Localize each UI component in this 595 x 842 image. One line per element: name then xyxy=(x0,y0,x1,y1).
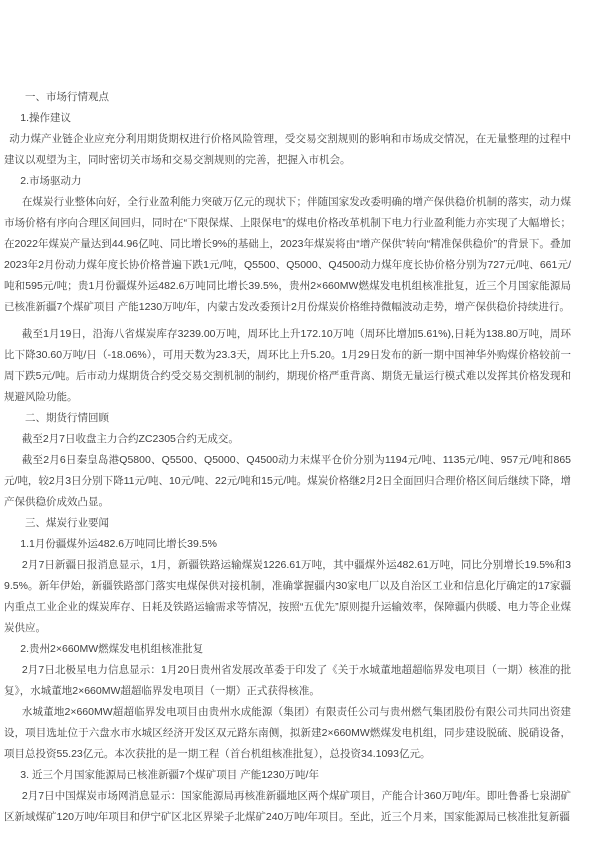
section-heading-market-view: 一、市场行情观点 xyxy=(4,87,571,108)
paragraph-news-3: 2月7日中国煤炭市场网消息显示：国家能源局再核准新疆地区两个煤矿项目，产能合计3… xyxy=(4,786,571,828)
sub-heading-news-1: 1.1月份疆煤外运482.6万吨同比增长39.5% xyxy=(4,534,571,555)
paragraph-news-2b: 水城董地2×660MW超超临界发电项目由贵州水成能源（集团）有限责任公司与贵州燃… xyxy=(4,702,571,765)
sub-heading-news-2: 2.贵州2×660MW燃煤发电机组核准批复 xyxy=(4,639,571,660)
sub-heading-market-driver: 2.市场驱动力 xyxy=(4,171,571,192)
paragraph-news-2a: 2月7日北极星电力信息显示：1月20日贵州省发展改革委于印发了《关于水城董地超超… xyxy=(4,660,571,702)
sub-heading-operation-advice: 1.操作建议 xyxy=(4,108,571,129)
paragraph-market-driver-1: 在煤炭行业整体向好，全行业盈利能力突破万亿元的现状下；伴随国家发改委明确的增产保… xyxy=(4,192,571,318)
paragraph-operation-advice: 动力煤产业链企业应充分利用期货期权进行价格风险管理，受交易交割规则的影响和市场成… xyxy=(4,129,571,171)
section-heading-industry-news: 三、煤炭行业要闻 xyxy=(4,513,571,534)
paragraph-market-driver-2: 截至1月19日，沿海八省煤炭库存3239.00万吨，周环比上升172.10万吨（… xyxy=(4,324,571,408)
document-body: 一、市场行情观点 1.操作建议 动力煤产业链企业应充分利用期货期权进行价格风险管… xyxy=(4,87,571,828)
section-heading-futures-review: 二、期货行情回顾 xyxy=(4,408,571,429)
sub-heading-news-3: 3. 近三个月国家能源局已核准新疆7个煤矿项目 产能1230万吨/年 xyxy=(4,765,571,786)
paragraph-futures-review-1: 截至2月7日收盘主力合约ZC2305合约无成交。 xyxy=(4,429,571,450)
paragraph-futures-review-2: 截至2月6日秦皇岛港Q5800、Q5500、Q5000、Q4500动力末煤平仓价… xyxy=(4,450,571,513)
paragraph-news-1: 2月7日新疆日报消息显示，1月，新疆铁路运输煤炭1226.61万吨，其中疆煤外运… xyxy=(4,555,571,639)
document-page: 一、市场行情观点 1.操作建议 动力煤产业链企业应充分利用期货期权进行价格风险管… xyxy=(0,0,595,842)
